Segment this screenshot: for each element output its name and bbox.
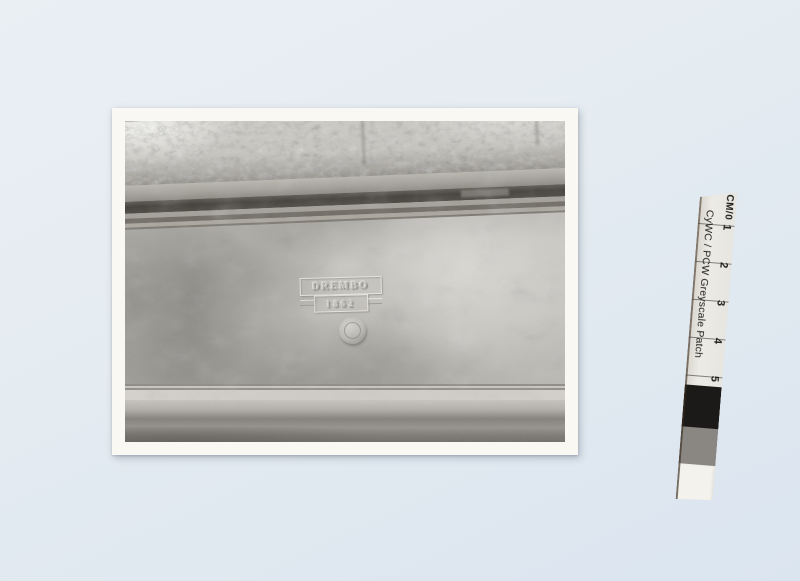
scratched-marking [461,188,509,197]
ruler-tick-label: 1 [720,221,733,234]
plaque-side-tab [368,298,382,304]
scanner-background: DREMBO 1862 [0,0,800,581]
light-fillet-band [125,390,565,400]
ruler-zero-label: CM/0 [722,194,735,221]
inscription-line-1: DREMBO [312,280,369,292]
plaque-side-tab [300,300,314,306]
cornice-mouldings [125,121,565,241]
bottom-shadow-band [125,427,565,442]
makers-mark-plaque: DREMBO 1862 [300,276,383,314]
photograph-image: DREMBO 1862 [125,121,565,442]
patch-grey [678,426,718,466]
bottom-roll-molding [125,400,565,427]
ruler-tick-label: 2 [717,259,730,272]
ruler-tick-label: 4 [711,334,724,347]
ruler-tick-label: 5 [708,372,721,385]
plaque-upper-panel: DREMBO [300,276,382,296]
ruler-tick-label: 3 [714,297,727,310]
patch-white [676,463,716,502]
inscription-line-2: 1862 [326,298,356,309]
plaque-lower-panel: 1862 [314,294,368,312]
greyscale-strip: CM/0 1 2 3 4 5 CyWC / PCW Greyscale Patc… [676,189,738,502]
photograph-print: DREMBO 1862 [112,108,578,455]
patch-black [681,384,721,429]
rivet-boss [339,317,366,344]
